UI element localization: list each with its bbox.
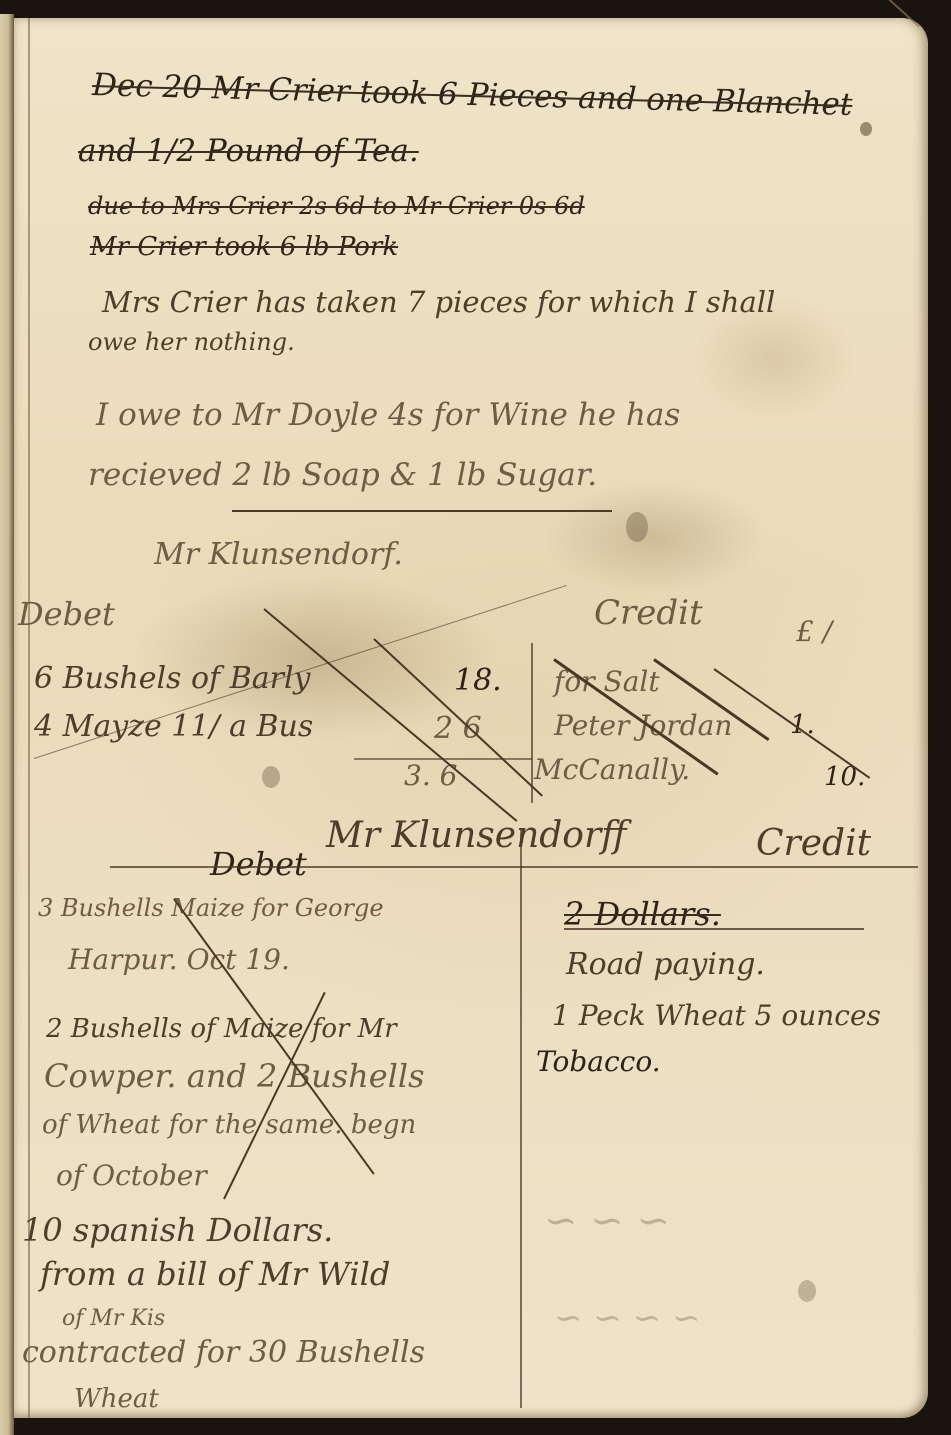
entry-owe-doyle: I owe to Mr Doyle 4s for Wine he has bbox=[96, 400, 680, 431]
corner-crease bbox=[852, 0, 920, 27]
debit-amount-barly: 18. bbox=[454, 666, 502, 696]
debit-entry-harpur: Harpur. Oct 19. bbox=[68, 946, 290, 974]
book-spine-edge bbox=[0, 14, 14, 1435]
header-rule bbox=[110, 866, 918, 868]
underline-rule bbox=[564, 928, 864, 930]
entry-crier-pork: Mr Crier took 6 lb Pork bbox=[90, 234, 398, 260]
debit-row-barly: 6 Bushels of Barly bbox=[34, 664, 311, 694]
bleed-through-text: ~ ~ ~ ~ bbox=[554, 1298, 700, 1338]
debit-entry-mr-kis: of Mr Kis bbox=[62, 1308, 165, 1330]
credit-entry-dollars: 2 Dollars. bbox=[564, 898, 721, 930]
debit-entry-october: of October bbox=[56, 1162, 207, 1190]
debit-label: Debet bbox=[18, 598, 115, 630]
debit-entry-spanish-dollars: 10 spanish Dollars. bbox=[22, 1214, 333, 1246]
credit-entry-road-paying: Road paying. bbox=[566, 950, 765, 980]
column-divider bbox=[531, 643, 533, 803]
credit-entry-tobacco: Tobacco. bbox=[536, 1048, 661, 1076]
entry-owe-nothing: owe her nothing. bbox=[88, 330, 295, 354]
entry-crier-tea: and 1/2 Pound of Tea. bbox=[78, 136, 419, 167]
debit-entry-maize-cowper: 2 Bushells of Maize for Mr bbox=[46, 1016, 397, 1042]
debit-entry-cowper-wheat: Cowper. and 2 Bushells bbox=[44, 1060, 425, 1092]
entry-crier-pieces: Dec 20 Mr Crier took 6 Pieces and one Bl… bbox=[92, 70, 853, 121]
debit-entry-wheat-same: of Wheat for the same. begn bbox=[42, 1112, 416, 1138]
debit-row-mayze: 4 Mayze 11/ a Bus bbox=[34, 712, 313, 742]
debit-entry-wheat: Wheat bbox=[74, 1386, 159, 1412]
column-divider bbox=[520, 828, 522, 1408]
entry-due-crier: due to Mrs Crier 2s 6d to Mr Crier 0s 6d bbox=[88, 194, 585, 218]
credit-label: Credit bbox=[594, 596, 703, 630]
credit-currency-header: £ / bbox=[796, 618, 832, 646]
credit-row-peter-jordan: Peter Jordan bbox=[554, 712, 732, 740]
underline-rule bbox=[232, 510, 612, 512]
bleed-through-text: ~ ~ ~ bbox=[544, 1198, 670, 1244]
ink-spot bbox=[860, 122, 872, 136]
crossout-stroke bbox=[713, 668, 870, 779]
credit-amount-mccanally: 10. bbox=[824, 764, 865, 790]
ink-stain bbox=[262, 766, 280, 788]
ledger-page: Dec 20 Mr Crier took 6 Pieces and one Bl… bbox=[14, 18, 928, 1418]
debit-entry-bill-wild: from a bill of Mr Wild bbox=[40, 1258, 390, 1290]
second-debit-label: Debet bbox=[210, 848, 307, 880]
debit-entry-maize-george: 3 Bushells Maize for George bbox=[38, 896, 384, 920]
entry-mrs-crier-pieces: Mrs Crier has taken 7 pieces for which I… bbox=[102, 288, 775, 317]
second-credit-label: Credit bbox=[756, 826, 871, 862]
entry-soap-sugar: recieved 2 lb Soap & 1 lb Sugar. bbox=[88, 460, 597, 491]
debit-entry-contracted: contracted for 30 Bushells bbox=[22, 1338, 425, 1368]
second-account-name: Mr Klunsendorff bbox=[326, 818, 627, 854]
ink-stain bbox=[626, 512, 648, 542]
credit-row-mccanally: McCanally. bbox=[534, 756, 690, 784]
ink-stain bbox=[798, 1280, 816, 1302]
page-fold-line bbox=[28, 18, 30, 1418]
credit-entry-peck-wheat: 1 Peck Wheat 5 ounces bbox=[552, 1002, 881, 1030]
account-heading: Mr Klunsendorf. bbox=[154, 540, 403, 570]
